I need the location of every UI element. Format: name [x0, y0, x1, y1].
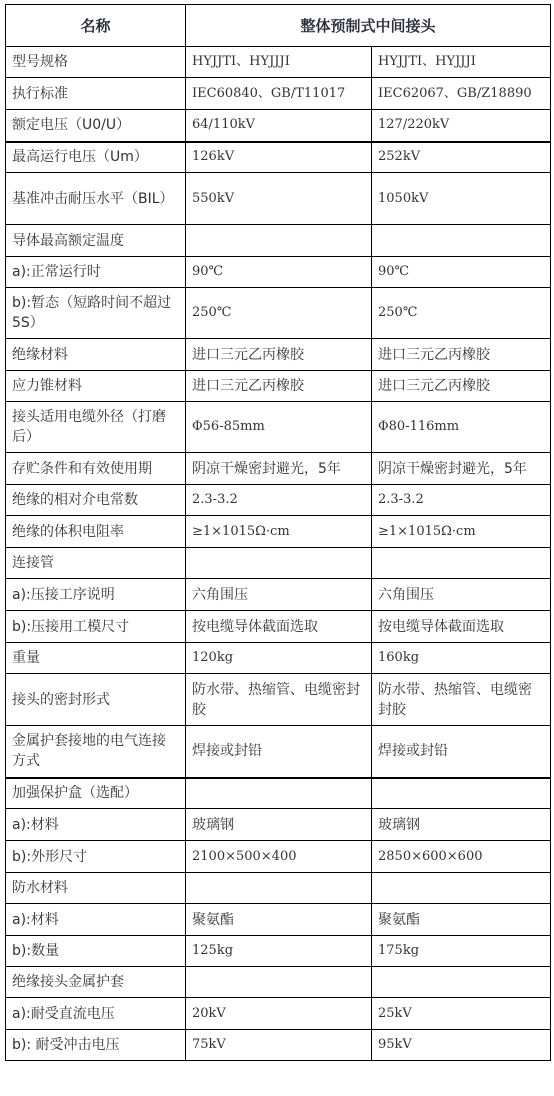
- value-col-1: ≥1×1015Ω·cm: [186, 516, 372, 548]
- value-col-1: 焊接或封铅: [186, 726, 372, 778]
- row-label: 导体最高额定温度: [6, 225, 186, 257]
- row-label: b):外形尺寸: [6, 841, 186, 873]
- table-row: 绝缘的相对介电常数2.3-3.22.3-3.2: [6, 485, 551, 516]
- value-col-2: [372, 873, 551, 904]
- value-col-2: 六角围压: [372, 579, 551, 611]
- table-row: 执行标准IEC60840、GB/T11017IEC62067、GB/Z18890: [6, 78, 551, 110]
- row-label: 存贮条件和有效使用期: [6, 453, 186, 485]
- table-row: a):材料玻璃钢玻璃钢: [6, 809, 551, 841]
- row-label: 额定电压（U0/U）: [6, 110, 186, 142]
- value-col-2: 90℃: [372, 257, 551, 288]
- value-col-2: HYJJTI、HYJJJI: [372, 47, 551, 78]
- row-label: 连接管: [6, 548, 186, 579]
- value-col-1: 进口三元乙丙橡胶: [186, 371, 372, 402]
- value-col-1: 六角围压: [186, 579, 372, 611]
- value-col-2: [372, 225, 551, 257]
- row-label: 接头的密封形式: [6, 674, 186, 726]
- row-label: 型号规格: [6, 47, 186, 78]
- row-label: 绝缘材料: [6, 339, 186, 371]
- table-row: 接头适用电缆外径（打磨后）Φ56-85mmΦ80-116mm: [6, 402, 551, 453]
- value-col-2: 95kV: [372, 1030, 551, 1061]
- table-row: 连接管: [6, 548, 551, 579]
- value-col-2: 2.3-3.2: [372, 485, 551, 516]
- row-label: 绝缘接头金属护套: [6, 967, 186, 998]
- table-row: b):数量125kg175kg: [6, 936, 551, 967]
- value-col-1: 玻璃钢: [186, 809, 372, 841]
- value-col-1: 2100×500×400: [186, 841, 372, 873]
- value-col-1: IEC60840、GB/T11017: [186, 78, 372, 110]
- value-col-2: IEC62067、GB/Z18890: [372, 78, 551, 110]
- table-row: 接头的密封形式防水带、热缩管、电缆密封胶防水带、热缩管、电缆密封胶: [6, 674, 551, 726]
- value-col-2: 175kg: [372, 936, 551, 967]
- row-label: 应力锥材料: [6, 371, 186, 402]
- value-col-2: 进口三元乙丙橡胶: [372, 339, 551, 371]
- spec-table: 名称 整体预制式中间接头 型号规格HYJJTI、HYJJJIHYJJTI、HYJ…: [5, 4, 551, 1061]
- row-label: b):压接用工模尺寸: [6, 611, 186, 643]
- table-row: a):耐受直流电压20kV25kV: [6, 998, 551, 1030]
- value-col-1: [186, 873, 372, 904]
- row-label: b): 耐受冲击电压: [6, 1030, 186, 1061]
- value-col-2: 252kV: [372, 142, 551, 173]
- table-row: a):压接工序说明六角围压六角围压: [6, 579, 551, 611]
- header-row: 名称 整体预制式中间接头: [6, 5, 551, 47]
- row-label: a):压接工序说明: [6, 579, 186, 611]
- value-col-1: 按电缆导体截面选取: [186, 611, 372, 643]
- value-col-2: 聚氨酯: [372, 904, 551, 936]
- value-col-2: 进口三元乙丙橡胶: [372, 371, 551, 402]
- row-label: a):正常运行时: [6, 257, 186, 288]
- value-col-2: ≥1×1015Ω·cm: [372, 516, 551, 548]
- value-col-1: [186, 548, 372, 579]
- row-label: 绝缘的相对介电常数: [6, 485, 186, 516]
- value-col-1: HYJJTI、HYJJJI: [186, 47, 372, 78]
- value-col-2: 250℃: [372, 288, 551, 339]
- value-col-1: 进口三元乙丙橡胶: [186, 339, 372, 371]
- value-col-2: Φ80-116mm: [372, 402, 551, 453]
- value-col-1: 250℃: [186, 288, 372, 339]
- value-col-1: 125kg: [186, 936, 372, 967]
- value-col-2: [372, 778, 551, 809]
- value-col-2: 防水带、热缩管、电缆密封胶: [372, 674, 551, 726]
- table-row: 额定电压（U0/U）64/110kV127/220kV: [6, 110, 551, 142]
- value-col-1: 64/110kV: [186, 110, 372, 142]
- table-row: b):外形尺寸2100×500×4002850×600×600: [6, 841, 551, 873]
- table-row: 型号规格HYJJTI、HYJJJIHYJJTI、HYJJJI: [6, 47, 551, 78]
- table-row: 防水材料: [6, 873, 551, 904]
- table-row: 存贮条件和有效使用期阴凉干燥密封避光，5年阴凉干燥密封避光，5年: [6, 453, 551, 485]
- header-product: 整体预制式中间接头: [186, 5, 551, 47]
- table-row: 应力锥材料进口三元乙丙橡胶进口三元乙丙橡胶: [6, 371, 551, 402]
- table-row: 最高运行电压（Um）126kV252kV: [6, 142, 551, 173]
- row-label: 最高运行电压（Um）: [6, 142, 186, 173]
- row-label: 接头适用电缆外径（打磨后）: [6, 402, 186, 453]
- value-col-2: 1050kV: [372, 173, 551, 225]
- table-row: b): 耐受冲击电压75kV95kV: [6, 1030, 551, 1061]
- value-col-1: 120kg: [186, 643, 372, 674]
- table-row: b):压接用工模尺寸按电缆导体截面选取按电缆导体截面选取: [6, 611, 551, 643]
- row-label: 金属护套接地的电气连接方式: [6, 726, 186, 778]
- value-col-1: Φ56-85mm: [186, 402, 372, 453]
- table-row: 绝缘材料进口三元乙丙橡胶进口三元乙丙橡胶: [6, 339, 551, 371]
- table-row: 加强保护盒（选配）: [6, 778, 551, 809]
- row-label: a):材料: [6, 904, 186, 936]
- value-col-1: 2.3-3.2: [186, 485, 372, 516]
- table-row: 基准冲击耐压水平（BIL）550kV1050kV: [6, 173, 551, 225]
- value-col-2: 按电缆导体截面选取: [372, 611, 551, 643]
- table-row: 绝缘接头金属护套: [6, 967, 551, 998]
- value-col-1: 75kV: [186, 1030, 372, 1061]
- value-col-2: 127/220kV: [372, 110, 551, 142]
- value-col-1: [186, 967, 372, 998]
- value-col-1: 20kV: [186, 998, 372, 1030]
- value-col-1: 126kV: [186, 142, 372, 173]
- value-col-1: 90℃: [186, 257, 372, 288]
- row-label: b):暂态（短路时间不超过5S）: [6, 288, 186, 339]
- table-row: a):材料聚氨酯聚氨酯: [6, 904, 551, 936]
- value-col-1: 聚氨酯: [186, 904, 372, 936]
- row-label: 基准冲击耐压水平（BIL）: [6, 173, 186, 225]
- table-row: 绝缘的体积电阻率≥1×1015Ω·cm≥1×1015Ω·cm: [6, 516, 551, 548]
- value-col-2: 焊接或封铅: [372, 726, 551, 778]
- row-label: 重量: [6, 643, 186, 674]
- value-col-2: 阴凉干燥密封避光，5年: [372, 453, 551, 485]
- row-label: a):材料: [6, 809, 186, 841]
- value-col-2: 160kg: [372, 643, 551, 674]
- table-row: 导体最高额定温度: [6, 225, 551, 257]
- table-row: b):暂态（短路时间不超过5S）250℃250℃: [6, 288, 551, 339]
- row-label: 防水材料: [6, 873, 186, 904]
- row-label: 绝缘的体积电阻率: [6, 516, 186, 548]
- value-col-1: 550kV: [186, 173, 372, 225]
- table-row: 金属护套接地的电气连接方式焊接或封铅焊接或封铅: [6, 726, 551, 778]
- table-row: a):正常运行时90℃90℃: [6, 257, 551, 288]
- value-col-1: 防水带、热缩管、电缆密封胶: [186, 674, 372, 726]
- value-col-2: 2850×600×600: [372, 841, 551, 873]
- table-row: 重量120kg160kg: [6, 643, 551, 674]
- value-col-2: [372, 548, 551, 579]
- value-col-1: 阴凉干燥密封避光，5年: [186, 453, 372, 485]
- header-name: 名称: [6, 5, 186, 47]
- row-label: a):耐受直流电压: [6, 998, 186, 1030]
- value-col-2: 玻璃钢: [372, 809, 551, 841]
- row-label: 执行标准: [6, 78, 186, 110]
- value-col-2: 25kV: [372, 998, 551, 1030]
- row-label: b):数量: [6, 936, 186, 967]
- value-col-2: [372, 967, 551, 998]
- value-col-1: [186, 225, 372, 257]
- value-col-1: [186, 778, 372, 809]
- row-label: 加强保护盒（选配）: [6, 778, 186, 809]
